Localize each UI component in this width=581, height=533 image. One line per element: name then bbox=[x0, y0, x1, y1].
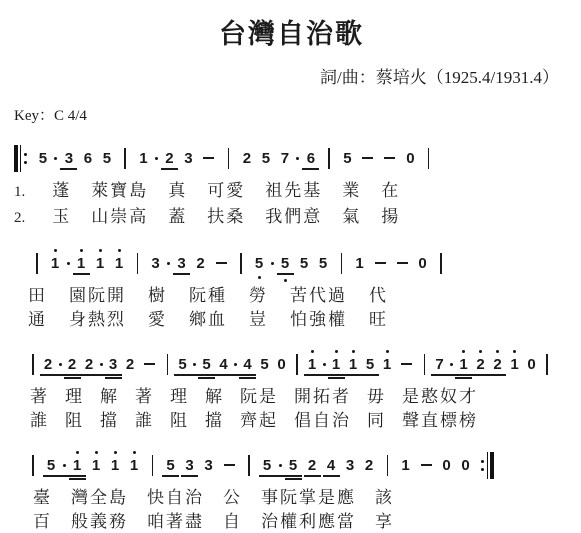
octave-dot-above bbox=[80, 249, 83, 252]
lyric-group: 開拓者 bbox=[294, 385, 351, 409]
barline bbox=[124, 148, 126, 169]
note-digit: 5 bbox=[39, 149, 47, 168]
note-digit: 1 bbox=[459, 355, 467, 374]
barline bbox=[546, 354, 548, 375]
note: 5 bbox=[262, 456, 273, 475]
lyric-group: 公 bbox=[223, 486, 242, 510]
underline bbox=[60, 168, 77, 169]
dash-mark bbox=[216, 262, 227, 264]
note: 1 bbox=[458, 355, 469, 374]
key-signature: Key：C 4/4 bbox=[14, 104, 569, 125]
notation-line: 2223255445011151712210 bbox=[26, 348, 569, 380]
octave-dot-above bbox=[99, 249, 102, 252]
note-digit: 1 bbox=[96, 254, 104, 273]
lyric-group: 愛 bbox=[148, 308, 167, 332]
lyrics-row: 著理解著理解阮是開拓者毋是憨奴才 bbox=[30, 385, 569, 409]
thin-bar bbox=[20, 145, 21, 172]
lyric-group: 揚 bbox=[381, 205, 400, 229]
octave-dot-above bbox=[95, 451, 98, 454]
rhythm-dot bbox=[270, 254, 275, 273]
note: 1 bbox=[76, 254, 87, 273]
note-digit: 5 bbox=[47, 456, 55, 475]
note-digit: 2 bbox=[196, 254, 204, 273]
note: 3 bbox=[176, 254, 187, 273]
dash-mark bbox=[224, 464, 235, 466]
dot-mark bbox=[59, 363, 62, 366]
lyric-group: 般義務 bbox=[71, 510, 128, 533]
sustain-dash bbox=[214, 254, 228, 273]
dot-mark bbox=[323, 363, 326, 366]
octave-dot-above bbox=[118, 249, 121, 252]
note-digit: 7 bbox=[281, 149, 289, 168]
underline bbox=[239, 374, 256, 375]
note-digit: 0 bbox=[418, 254, 426, 273]
note: 1 bbox=[331, 355, 342, 374]
underline bbox=[472, 374, 489, 375]
repeat-dot bbox=[24, 161, 27, 164]
underline bbox=[285, 478, 302, 479]
repeat-dots bbox=[24, 153, 27, 164]
lyric-group: 同 bbox=[367, 409, 386, 433]
note: 3 bbox=[184, 456, 195, 475]
rhythm-dot bbox=[449, 355, 454, 374]
note-digit: 2 bbox=[243, 149, 251, 168]
note-digit: 0 bbox=[527, 355, 535, 374]
note: 2 bbox=[307, 456, 318, 475]
sustain-dash bbox=[373, 254, 387, 273]
underline bbox=[455, 374, 472, 375]
note: 2 bbox=[241, 149, 252, 168]
note-digit: 7 bbox=[435, 355, 443, 374]
lyric-group: 擋 bbox=[100, 409, 119, 433]
octave-dot-above bbox=[386, 350, 389, 353]
note: 5 bbox=[280, 254, 291, 273]
rest-note: 0 bbox=[460, 456, 471, 475]
sustain-dash bbox=[222, 456, 236, 475]
note-digit: 6 bbox=[84, 149, 92, 168]
note-digit: 3 bbox=[184, 149, 192, 168]
lyric-group: 該 bbox=[375, 486, 394, 510]
lyric-group: 事阮掌是應 bbox=[261, 486, 356, 510]
lyric-group: 快自治 bbox=[147, 486, 204, 510]
octave-dot-below bbox=[284, 279, 287, 282]
note: 2 bbox=[475, 355, 486, 374]
note-digit: 2 bbox=[476, 355, 484, 374]
note-digit: 5 bbox=[366, 355, 374, 374]
lyric-group: 誰 bbox=[135, 409, 154, 433]
note: 2 bbox=[492, 355, 503, 374]
barline bbox=[424, 354, 426, 375]
lyric-group: 玉 bbox=[52, 205, 71, 229]
note-digit: 2 bbox=[308, 456, 316, 475]
note-digit: 1 bbox=[115, 254, 123, 273]
underline bbox=[162, 475, 179, 476]
note-digit: 2 bbox=[365, 456, 373, 475]
notation-line: 5365123257650 bbox=[14, 142, 569, 174]
lyric-group: 理 bbox=[170, 385, 189, 409]
sustain-dash bbox=[143, 355, 157, 374]
barline bbox=[440, 253, 442, 274]
sustain-dash bbox=[202, 149, 216, 168]
rhythm-dot bbox=[166, 254, 171, 273]
sustain-dash bbox=[383, 149, 397, 168]
lyric-group: 倡自治 bbox=[294, 409, 351, 433]
lyric-group: 勞 bbox=[249, 284, 268, 308]
underline bbox=[362, 374, 379, 375]
note-digit: 4 bbox=[243, 355, 251, 374]
underline bbox=[69, 475, 86, 476]
note-digit: 6 bbox=[307, 149, 315, 168]
note: 1 bbox=[348, 355, 359, 374]
underline bbox=[304, 475, 321, 476]
dot-mark bbox=[63, 464, 66, 467]
lyric-group: 誰 bbox=[30, 409, 49, 433]
dash-mark bbox=[401, 363, 412, 365]
repeat-dots bbox=[481, 460, 484, 471]
underline bbox=[239, 377, 256, 378]
credit-line: 詞/曲：蔡培火（1925.4/1931.4） bbox=[14, 63, 569, 88]
lyric-group: 著 bbox=[30, 385, 49, 409]
lyric-group: 解 bbox=[100, 385, 119, 409]
dot-mark bbox=[450, 363, 453, 366]
note-digit: 1 bbox=[51, 254, 59, 273]
note: 1 bbox=[307, 355, 318, 374]
lyrics-row: 1.蓬萊寶島真可愛祖先基業在 bbox=[14, 179, 569, 205]
dash-mark bbox=[384, 157, 395, 159]
barline bbox=[152, 455, 154, 476]
note-digit: 5 bbox=[281, 254, 289, 273]
lyric-group: 代 bbox=[369, 284, 388, 308]
rhythm-dot bbox=[154, 149, 159, 168]
rest-note: 0 bbox=[276, 355, 287, 374]
underline bbox=[69, 478, 86, 479]
note-digit: 5 bbox=[255, 254, 263, 273]
note: 3 bbox=[150, 254, 161, 273]
note: 5 bbox=[342, 149, 353, 168]
note: 2 bbox=[164, 149, 175, 168]
rhythm-dot bbox=[192, 355, 197, 374]
lyrics-row: 田園阮開樹阮種勞苦代過代 bbox=[28, 284, 569, 308]
note: 5 bbox=[260, 149, 271, 168]
lyric-group: 可愛 bbox=[207, 179, 245, 203]
note: 6 bbox=[305, 149, 316, 168]
note: 1 bbox=[509, 355, 520, 374]
note-digit: 5 bbox=[300, 254, 308, 273]
note: 6 bbox=[82, 149, 93, 168]
barline bbox=[137, 253, 139, 274]
rhythm-dot bbox=[99, 355, 104, 374]
note: 5 bbox=[201, 355, 212, 374]
note: 3 bbox=[108, 355, 119, 374]
lyric-group: 鄉血 bbox=[189, 308, 227, 332]
thick-bar bbox=[14, 145, 18, 172]
underline bbox=[173, 273, 190, 274]
note-digit: 0 bbox=[442, 456, 450, 475]
underline bbox=[161, 168, 178, 169]
note-digit: 3 bbox=[109, 355, 117, 374]
note-digit: 5 bbox=[343, 149, 351, 168]
note-digit: 1 bbox=[349, 355, 357, 374]
barline bbox=[428, 148, 430, 169]
underline bbox=[198, 374, 215, 375]
note-digit: 3 bbox=[177, 254, 185, 273]
repeat-start-barline bbox=[14, 145, 28, 172]
dot-mark bbox=[234, 363, 237, 366]
underline bbox=[64, 374, 81, 375]
system: 1111332555510田園阮開樹阮種勞苦代過代通身熱烈愛鄉血豈怕強權旺 bbox=[14, 247, 569, 331]
dash-mark bbox=[421, 464, 432, 466]
octave-dot-above bbox=[513, 350, 516, 353]
note-digit: 5 bbox=[202, 355, 210, 374]
rhythm-dot bbox=[58, 355, 63, 374]
note: 4 bbox=[326, 456, 337, 475]
underline bbox=[105, 374, 122, 375]
note: 5 bbox=[288, 456, 299, 475]
lyric-group: 百 bbox=[33, 510, 52, 533]
note: 1 bbox=[114, 254, 125, 273]
barline bbox=[167, 354, 169, 375]
lyric-group: 享 bbox=[375, 510, 394, 533]
dash-mark bbox=[144, 363, 155, 365]
rest-note: 0 bbox=[441, 456, 452, 475]
note-digit: 1 bbox=[139, 149, 147, 168]
note: 3 bbox=[183, 149, 194, 168]
underline bbox=[285, 475, 302, 476]
lyric-group: 阮種 bbox=[189, 284, 227, 308]
underline bbox=[345, 374, 362, 375]
note: 1 bbox=[72, 456, 83, 475]
note: 5 bbox=[37, 149, 48, 168]
note-digit: 1 bbox=[308, 355, 316, 374]
lyric-group: 擋 bbox=[205, 409, 224, 433]
lyric-group: 自 bbox=[223, 510, 242, 533]
rhythm-dot bbox=[66, 254, 71, 273]
lyric-group: 阮是 bbox=[240, 385, 278, 409]
note-digit: 4 bbox=[219, 355, 227, 374]
system: 2223255445011151712210著理解著理解阮是開拓者毋是憨奴才誰阻… bbox=[14, 348, 569, 432]
notation-line: 51111533552432100 bbox=[24, 449, 569, 481]
lyric-group: 毋 bbox=[367, 385, 386, 409]
dot-mark bbox=[67, 262, 70, 265]
rest-note: 0 bbox=[526, 355, 537, 374]
note-digit: 5 bbox=[260, 355, 268, 374]
note: 4 bbox=[218, 355, 229, 374]
lyric-group: 怕強權 bbox=[290, 308, 347, 332]
note-digit: 1 bbox=[77, 254, 85, 273]
barline bbox=[387, 455, 389, 476]
sustain-dash bbox=[395, 254, 409, 273]
underline bbox=[105, 377, 122, 378]
note-digit: 2 bbox=[68, 355, 76, 374]
note-digit: 4 bbox=[327, 456, 335, 475]
underline bbox=[489, 374, 506, 375]
note-digit: 3 bbox=[151, 254, 159, 273]
underline bbox=[43, 475, 60, 476]
note: 5 bbox=[165, 456, 176, 475]
sustain-dash bbox=[419, 456, 433, 475]
lyric-group: 蓋 bbox=[168, 205, 187, 229]
octave-dot-above bbox=[352, 350, 355, 353]
note-digit: 1 bbox=[355, 254, 363, 273]
octave-dot-above bbox=[462, 350, 465, 353]
note-digit: 5 bbox=[262, 149, 270, 168]
note-digit: 1 bbox=[383, 355, 391, 374]
octave-dot-below bbox=[258, 276, 261, 279]
note: 3 bbox=[203, 456, 214, 475]
lyrics-row: 2.玉山崇高蓋扶桑我們意氣揚 bbox=[14, 205, 569, 231]
dot-mark bbox=[167, 262, 170, 265]
barline bbox=[328, 148, 330, 169]
rest-note: 0 bbox=[417, 254, 428, 273]
octave-dot-above bbox=[54, 249, 57, 252]
dot-mark bbox=[155, 157, 158, 160]
lyric-group: 著 bbox=[135, 385, 154, 409]
rhythm-dot bbox=[53, 149, 58, 168]
lyrics-row: 通身熱烈愛鄉血豈怕強權旺 bbox=[28, 308, 569, 332]
note-digit: 2 bbox=[44, 355, 52, 374]
lyric-group: 園阮開 bbox=[69, 284, 126, 308]
underline bbox=[73, 273, 90, 274]
note-digit: 1 bbox=[92, 456, 100, 475]
song-title: 台灣自治歌 bbox=[14, 12, 569, 51]
octave-dot-above bbox=[311, 350, 314, 353]
note: 2 bbox=[84, 355, 95, 374]
rhythm-dot bbox=[295, 149, 300, 168]
rhythm-dot bbox=[278, 456, 283, 475]
barline bbox=[296, 354, 298, 375]
note: 4 bbox=[242, 355, 253, 374]
note-digit: 0 bbox=[461, 456, 469, 475]
thin-bar bbox=[487, 452, 488, 479]
note: 5 bbox=[318, 254, 329, 273]
lyric-group: 解 bbox=[205, 385, 224, 409]
lyric-group: 旺 bbox=[369, 308, 388, 332]
lyric-group: 齊起 bbox=[240, 409, 278, 433]
lyric-group: 通 bbox=[28, 308, 47, 332]
note: 1 bbox=[354, 254, 365, 273]
repeat-sign bbox=[14, 145, 28, 172]
note: 5 bbox=[299, 254, 310, 273]
dot-mark bbox=[271, 262, 274, 265]
lyric-group: 聲直標榜 bbox=[402, 409, 478, 433]
verse-number: 1. bbox=[14, 181, 25, 205]
sustain-dash bbox=[400, 355, 414, 374]
octave-dot-above bbox=[133, 451, 136, 454]
lyric-group: 真 bbox=[168, 179, 187, 203]
underline bbox=[302, 168, 319, 169]
underline bbox=[323, 475, 340, 476]
lyric-group: 樹 bbox=[148, 284, 167, 308]
lyric-group: 豈 bbox=[249, 308, 268, 332]
dot-mark bbox=[54, 157, 57, 160]
lyric-group: 山崇高 bbox=[91, 205, 148, 229]
lyrics-row: 誰阻擋誰阻擋齊起倡自治同聲直標榜 bbox=[30, 409, 569, 433]
rest-note: 0 bbox=[405, 149, 416, 168]
octave-dot-above bbox=[479, 350, 482, 353]
octave-dot-above bbox=[76, 451, 79, 454]
note: 5 bbox=[259, 355, 270, 374]
lyric-group: 祖先基 bbox=[265, 179, 322, 203]
octave-dot-above bbox=[335, 350, 338, 353]
underline bbox=[328, 377, 345, 378]
note: 1 bbox=[110, 456, 121, 475]
score-systems: 53651232576501.蓬萊寶島真可愛祖先基業在2.玉山崇高蓋扶桑我們意氣… bbox=[14, 142, 569, 533]
repeat-dot bbox=[481, 460, 484, 463]
lyric-group: 阻 bbox=[65, 409, 84, 433]
barline bbox=[341, 253, 343, 274]
barline bbox=[248, 455, 250, 476]
barline bbox=[228, 148, 230, 169]
note: 1 bbox=[400, 456, 411, 475]
note-digit: 3 bbox=[346, 456, 354, 475]
note: 5 bbox=[177, 355, 188, 374]
note-digit: 5 bbox=[289, 456, 297, 475]
note: 2 bbox=[67, 355, 78, 374]
repeat-dot bbox=[24, 153, 27, 156]
score-page: 台灣自治歌 詞/曲：蔡培火（1925.4/1931.4） Key：C 4/4 5… bbox=[0, 0, 581, 533]
note: 1 bbox=[95, 254, 106, 273]
underline bbox=[198, 377, 215, 378]
note-digit: 1 bbox=[510, 355, 518, 374]
barline bbox=[240, 253, 242, 274]
note: 2 bbox=[125, 355, 136, 374]
lyric-group: 灣全島 bbox=[71, 486, 128, 510]
lyric-group: 氣 bbox=[342, 205, 361, 229]
note: 7 bbox=[279, 149, 290, 168]
note-digit: 5 bbox=[166, 456, 174, 475]
repeat-end-barline bbox=[480, 452, 494, 479]
note-digit: 1 bbox=[130, 456, 138, 475]
note: 1 bbox=[50, 254, 61, 273]
note: 5 bbox=[254, 254, 265, 273]
dot-mark bbox=[279, 464, 282, 467]
note-digit: 5 bbox=[103, 149, 111, 168]
note-digit: 1 bbox=[401, 456, 409, 475]
note: 2 bbox=[43, 355, 54, 374]
underline bbox=[455, 377, 472, 378]
lyric-group: 萊寶島 bbox=[91, 179, 148, 203]
note-digit: 5 bbox=[263, 456, 271, 475]
underline bbox=[277, 273, 294, 274]
note: 5 bbox=[365, 355, 376, 374]
rhythm-dot bbox=[233, 355, 238, 374]
note-digit: 0 bbox=[406, 149, 414, 168]
lyrics-row: 百般義務咱著盡自治權利應當享 bbox=[33, 510, 569, 533]
note: 5 bbox=[101, 149, 112, 168]
lyric-group: 扶桑 bbox=[207, 205, 245, 229]
system: 53651232576501.蓬萊寶島真可愛祖先基業在2.玉山崇高蓋扶桑我們意氣… bbox=[14, 142, 569, 230]
lyric-group: 理 bbox=[65, 385, 84, 409]
lyric-group: 治權利應當 bbox=[261, 510, 356, 533]
note-digit: 5 bbox=[319, 254, 327, 273]
note-digit: 2 bbox=[165, 149, 173, 168]
lyrics-row: 臺灣全島快自治公事阮掌是應該 bbox=[33, 486, 569, 510]
lyric-group: 阻 bbox=[170, 409, 189, 433]
note-digit: 0 bbox=[277, 355, 285, 374]
note: 3 bbox=[345, 456, 356, 475]
lyric-group: 在 bbox=[381, 179, 400, 203]
rhythm-dot bbox=[62, 456, 67, 475]
barline bbox=[36, 253, 38, 274]
note: 2 bbox=[364, 456, 375, 475]
dash-mark bbox=[375, 262, 386, 264]
lyric-group: 我們意 bbox=[265, 205, 322, 229]
note: 5 bbox=[46, 456, 57, 475]
note-digit: 1 bbox=[73, 456, 81, 475]
note-digit: 2 bbox=[126, 355, 134, 374]
note: 1 bbox=[91, 456, 102, 475]
underline bbox=[259, 475, 276, 476]
